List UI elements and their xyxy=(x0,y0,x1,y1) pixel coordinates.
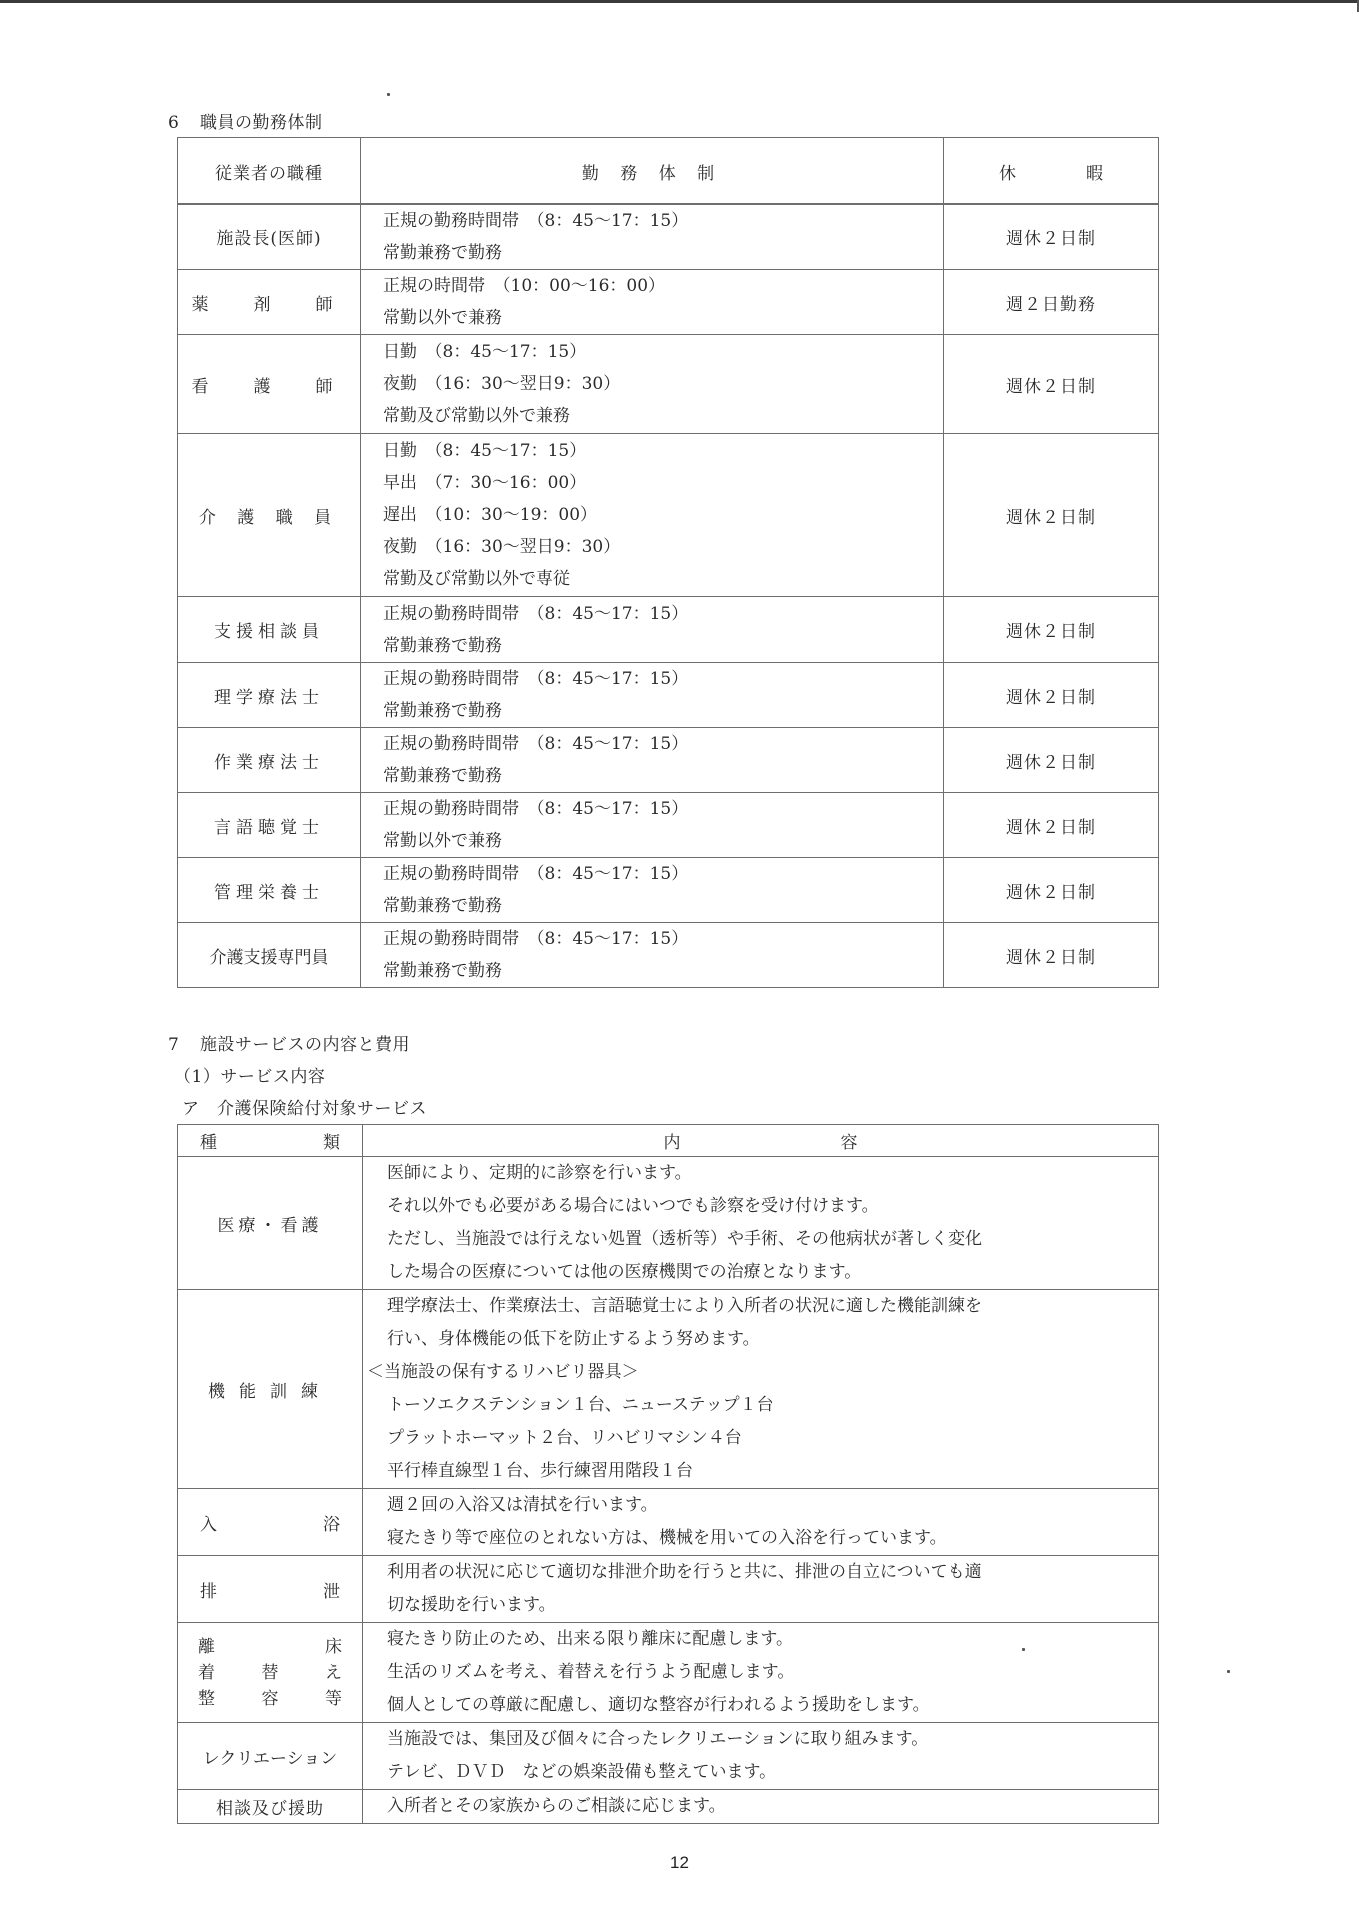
kind-char: 整 xyxy=(198,1686,246,1712)
table-row: 管理栄養士 正規の勤務時間帯 （8：45～17：15） 常勤兼務で勤務 週休２日… xyxy=(178,858,1159,923)
role-cell: 施設長(医師) xyxy=(178,204,361,270)
header-shift: 勤 務 体 制 xyxy=(361,138,944,205)
leave-cell: 週休２日制 xyxy=(944,923,1159,988)
table-row: 作業療法士 正規の勤務時間帯 （8：45～17：15） 常勤兼務で勤務 週休２日… xyxy=(178,728,1159,793)
content-line: 行い、身体機能の低下を防止するよう努めます。 xyxy=(387,1323,1158,1356)
table-row: レクリエーション 当施設では、集団及び個々に合ったレクリエーションに取り組みます… xyxy=(178,1723,1159,1790)
content-line: 理学療法士、作業療法士、言語聴覚士により入所者の状況に適した機能訓練を xyxy=(387,1290,1158,1323)
content-line: 切な援助を行います。 xyxy=(387,1589,1158,1622)
header-kind: 種類 xyxy=(178,1125,363,1157)
content-line: 寝たきり防止のため、出来る限り離床に配慮します。 xyxy=(387,1623,1158,1656)
kind-char: 排 xyxy=(200,1577,217,1602)
shift-line: 早出 （7：30～16：00） xyxy=(383,467,943,499)
content-line: テレビ、ＤＶＤ などの娯楽設備も整えています。 xyxy=(387,1756,1158,1789)
table-row: 医療・看護 医師により、定期的に診察を行います。 それ以外でも必要がある場合には… xyxy=(178,1157,1159,1290)
content-line: 生活のリズムを考え、着替えを行うよう配慮します。 xyxy=(387,1656,1158,1689)
shift-cell: 正規の時間帯 （10：00～16：00） 常勤以外で兼務 xyxy=(361,270,944,335)
content-line: 入所者とその家族からのご相談に応じます。 xyxy=(387,1790,1158,1823)
shift-cell: 正規の勤務時間帯 （8：45～17：15） 常勤兼務で勤務 xyxy=(361,858,944,923)
table-row: 介護支援専門員 正規の勤務時間帯 （8：45～17：15） 常勤兼務で勤務 週休… xyxy=(178,923,1159,988)
section-7-heading: 7施設サービスの内容と費用 xyxy=(168,1030,410,1055)
content-cell: 週２回の入浴又は清拭を行います。 寝たきり等で座位のとれない方は、機械を用いての… xyxy=(363,1489,1159,1556)
shift-line: 常勤兼務で勤務 xyxy=(383,955,943,987)
table-row: 離床 着替え 整容等 寝たきり防止のため、出来る限り離床に配慮します。 生活のリ… xyxy=(178,1623,1159,1723)
kind-char: え xyxy=(294,1660,342,1686)
leave-cell: 週２日勤務 xyxy=(944,270,1159,335)
role-cell: 作業療法士 xyxy=(178,728,361,793)
table-row: 相談及び援助 入所者とその家族からのご相談に応じます。 xyxy=(178,1790,1159,1824)
scan-top-edge xyxy=(0,0,1359,3)
shift-line: 夜勤 （16：30～翌日9：30） xyxy=(383,531,943,563)
shift-line: 常勤兼務で勤務 xyxy=(383,695,943,727)
kind-cell: レクリエーション xyxy=(178,1723,363,1790)
content-line: 利用者の状況に応じて適切な排泄介助を行うと共に、排泄の自立についても適 xyxy=(387,1556,1158,1589)
section-title: 施設サービスの内容と費用 xyxy=(200,1035,410,1055)
shift-line: 正規の勤務時間帯 （8：45～17：15） xyxy=(383,205,943,237)
content-line: トーソエクステンション１台、ニューステップ１台 xyxy=(387,1389,1158,1422)
kind-char: 床 xyxy=(294,1634,342,1660)
content-line: プラットホーマット２台、リハビリマシン４台 xyxy=(387,1422,1158,1455)
subsection-heading: （1）サービス内容 xyxy=(174,1062,325,1087)
kind-cell: 離床 着替え 整容等 xyxy=(178,1623,363,1723)
shift-line: 常勤及び常勤以外で専従 xyxy=(383,563,943,595)
kind-char: 入 xyxy=(200,1510,217,1535)
kind-char: 替 xyxy=(246,1660,294,1686)
role-cell: 薬 剤 師 xyxy=(178,270,361,335)
content-line: 当施設では、集団及び個々に合ったレクリエーションに取り組みます。 xyxy=(387,1723,1158,1756)
content-line: ＜当施設の保有するリハビリ器具＞ xyxy=(367,1356,1158,1389)
leave-cell: 週休２日制 xyxy=(944,858,1159,923)
shift-line: 常勤兼務で勤務 xyxy=(383,890,943,922)
content-line: それ以外でも必要がある場合にはいつでも診察を受け付けます。 xyxy=(387,1190,1158,1223)
content-cell: 理学療法士、作業療法士、言語聴覚士により入所者の状況に適した機能訓練を 行い、身… xyxy=(363,1290,1159,1489)
header-kind-char: 類 xyxy=(323,1128,340,1153)
shift-cell: 日勤 （8：45～17：15） 早出 （7：30～16：00） 遅出 （10：3… xyxy=(361,434,944,597)
content-line: した場合の医療については他の医療機関での治療となります。 xyxy=(387,1256,1158,1289)
staff-shift-table: 従業者の職種 勤 務 体 制 休暇 xyxy=(177,137,1159,205)
staff-shift-table-body: 施設長(医師) 正規の勤務時間帯 （8：45～17：15） 常勤兼務で勤務 週休… xyxy=(177,203,1159,988)
table-row: 機能訓練 理学療法士、作業療法士、言語聴覚士により入所者の状況に適した機能訓練を… xyxy=(178,1290,1159,1489)
table-header-row: 従業者の職種 勤 務 体 制 休暇 xyxy=(178,138,1159,205)
section-number: 6 xyxy=(168,113,200,133)
shift-line: 常勤兼務で勤務 xyxy=(383,760,943,792)
shift-cell: 正規の勤務時間帯 （8：45～17：15） 常勤兼務で勤務 xyxy=(361,597,944,663)
kind-char: 泄 xyxy=(323,1577,340,1602)
kind-char: 着 xyxy=(198,1660,246,1686)
kind-cell: 医療・看護 xyxy=(178,1157,363,1290)
kind-cell: 入浴 xyxy=(178,1489,363,1556)
table-row: 薬 剤 師 正規の時間帯 （10：00～16：00） 常勤以外で兼務 週２日勤務 xyxy=(178,270,1159,335)
content-cell: 入所者とその家族からのご相談に応じます。 xyxy=(363,1790,1159,1824)
shift-cell: 正規の勤務時間帯 （8：45～17：15） 常勤兼務で勤務 xyxy=(361,728,944,793)
role-cell: 看 護 師 xyxy=(178,335,361,434)
shift-line: 正規の勤務時間帯 （8：45～17：15） xyxy=(383,858,943,890)
shift-line: 正規の勤務時間帯 （8：45～17：15） xyxy=(383,923,943,955)
leave-cell: 週休２日制 xyxy=(944,663,1159,728)
section-number: 7 xyxy=(168,1035,200,1055)
content-cell: 利用者の状況に応じて適切な排泄介助を行うと共に、排泄の自立についても適 切な援助… xyxy=(363,1556,1159,1623)
shift-line: 常勤兼務で勤務 xyxy=(383,237,943,269)
kind-grid: 離床 着替え 整容等 xyxy=(178,1634,362,1712)
kind-cell: 相談及び援助 xyxy=(178,1790,363,1824)
header-role: 従業者の職種 xyxy=(178,138,361,205)
shift-line: 常勤以外で兼務 xyxy=(383,825,943,857)
table-row: 支援相談員 正規の勤務時間帯 （8：45～17：15） 常勤兼務で勤務 週休２日… xyxy=(178,597,1159,663)
header-kind-char: 種 xyxy=(200,1128,217,1153)
shift-line: 日勤 （8：45～17：15） xyxy=(383,435,943,467)
shift-line: 正規の勤務時間帯 （8：45～17：15） xyxy=(383,598,943,630)
shift-line: 日勤 （8：45～17：15） xyxy=(383,336,943,368)
role-cell: 介護支援専門員 xyxy=(178,923,361,988)
content-line: 週２回の入浴又は清拭を行います。 xyxy=(387,1489,1158,1522)
role-cell: 介 護 職 員 xyxy=(178,434,361,597)
shift-line: 正規の勤務時間帯 （8：45～17：15） xyxy=(383,728,943,760)
kind-cell: 機能訓練 xyxy=(178,1290,363,1489)
shift-line: 正規の勤務時間帯 （8：45～17：15） xyxy=(383,663,943,695)
table-row: 看 護 師 日勤 （8：45～17：15） 夜勤 （16：30～翌日9：30） … xyxy=(178,335,1159,434)
sub-subsection-heading: ア 介護保険給付対象サービス xyxy=(182,1094,427,1119)
kind-char: 離 xyxy=(198,1634,246,1660)
content-line: ただし、当施設では行えない処置（透析等）や手術、その他病状が著しく変化 xyxy=(387,1223,1158,1256)
header-leave: 休暇 xyxy=(944,138,1159,205)
content-cell: 医師により、定期的に診察を行います。 それ以外でも必要がある場合にはいつでも診察… xyxy=(363,1157,1159,1290)
section-title: 職員の勤務体制 xyxy=(200,113,323,133)
shift-cell: 正規の勤務時間帯 （8：45～17：15） 常勤兼務で勤務 xyxy=(361,663,944,728)
leave-cell: 週休２日制 xyxy=(944,204,1159,270)
shift-line: 正規の勤務時間帯 （8：45～17：15） xyxy=(383,793,943,825)
kind-char: 容 xyxy=(246,1686,294,1712)
table-row: 理学療法士 正規の勤務時間帯 （8：45～17：15） 常勤兼務で勤務 週休２日… xyxy=(178,663,1159,728)
leave-cell: 週休２日制 xyxy=(944,728,1159,793)
content-cell: 当施設では、集団及び個々に合ったレクリエーションに取り組みます。 テレビ、ＤＶＤ… xyxy=(363,1723,1159,1790)
header-leave-char: 休 xyxy=(999,159,1016,184)
kind-cell: 排泄 xyxy=(178,1556,363,1623)
leave-cell: 週休２日制 xyxy=(944,434,1159,597)
content-line: 寝たきり等で座位のとれない方は、機械を用いての入浴を行っています。 xyxy=(387,1522,1158,1555)
role-cell: 言語聴覚士 xyxy=(178,793,361,858)
shift-line: 遅出 （10：30～19：00） xyxy=(383,499,943,531)
leave-cell: 週休２日制 xyxy=(944,335,1159,434)
content-cell: 寝たきり防止のため、出来る限り離床に配慮します。 生活のリズムを考え、着替えを行… xyxy=(363,1623,1159,1723)
shift-line: 正規の時間帯 （10：00～16：00） xyxy=(383,270,943,302)
shift-cell: 正規の勤務時間帯 （8：45～17：15） 常勤兼務で勤務 xyxy=(361,204,944,270)
shift-line: 夜勤 （16：30～翌日9：30） xyxy=(383,368,943,400)
shift-line: 常勤及び常勤以外で兼務 xyxy=(383,400,943,432)
shift-cell: 正規の勤務時間帯 （8：45～17：15） 常勤兼務で勤務 xyxy=(361,923,944,988)
role-cell: 管理栄養士 xyxy=(178,858,361,923)
table-row: 排泄 利用者の状況に応じて適切な排泄介助を行うと共に、排泄の自立についても適 切… xyxy=(178,1556,1159,1623)
table-row: 施設長(医師) 正規の勤務時間帯 （8：45～17：15） 常勤兼務で勤務 週休… xyxy=(178,204,1159,270)
shift-line: 常勤以外で兼務 xyxy=(383,302,943,334)
kind-char: 浴 xyxy=(323,1510,340,1535)
header-leave-char: 暇 xyxy=(1086,159,1103,184)
header-content: 内 容 xyxy=(363,1125,1159,1157)
content-line: 個人としての尊厳に配慮し、適切な整容が行われるよう援助をします。 xyxy=(387,1689,1158,1722)
section-6-heading: 6職員の勤務体制 xyxy=(168,108,323,133)
scan-speck xyxy=(1227,1670,1230,1673)
content-line: 医師により、定期的に診察を行います。 xyxy=(387,1157,1158,1190)
role-cell: 理学療法士 xyxy=(178,663,361,728)
scan-speck xyxy=(387,93,390,96)
leave-cell: 週休２日制 xyxy=(944,597,1159,663)
shift-line: 常勤兼務で勤務 xyxy=(383,630,943,662)
table-row: 入浴 週２回の入浴又は清拭を行います。 寝たきり等で座位のとれない方は、機械を用… xyxy=(178,1489,1159,1556)
shift-cell: 日勤 （8：45～17：15） 夜勤 （16：30～翌日9：30） 常勤及び常勤… xyxy=(361,335,944,434)
kind-char: 等 xyxy=(294,1686,342,1712)
kind-char xyxy=(246,1634,294,1660)
role-cell: 支援相談員 xyxy=(178,597,361,663)
page-number: 12 xyxy=(0,1853,1359,1873)
table-row: 言語聴覚士 正規の勤務時間帯 （8：45～17：15） 常勤以外で兼務 週休２日… xyxy=(178,793,1159,858)
content-line: 平行棒直線型１台、歩行練習用階段１台 xyxy=(387,1455,1158,1488)
leave-cell: 週休２日制 xyxy=(944,793,1159,858)
table-row: 介 護 職 員 日勤 （8：45～17：15） 早出 （7：30～16：00） … xyxy=(178,434,1159,597)
service-content-table: 種類 内 容 医療・看護 医師により、定期的に診察を行います。 それ以外でも必要… xyxy=(177,1124,1159,1824)
shift-cell: 正規の勤務時間帯 （8：45～17：15） 常勤以外で兼務 xyxy=(361,793,944,858)
table-header-row: 種類 内 容 xyxy=(178,1125,1159,1157)
